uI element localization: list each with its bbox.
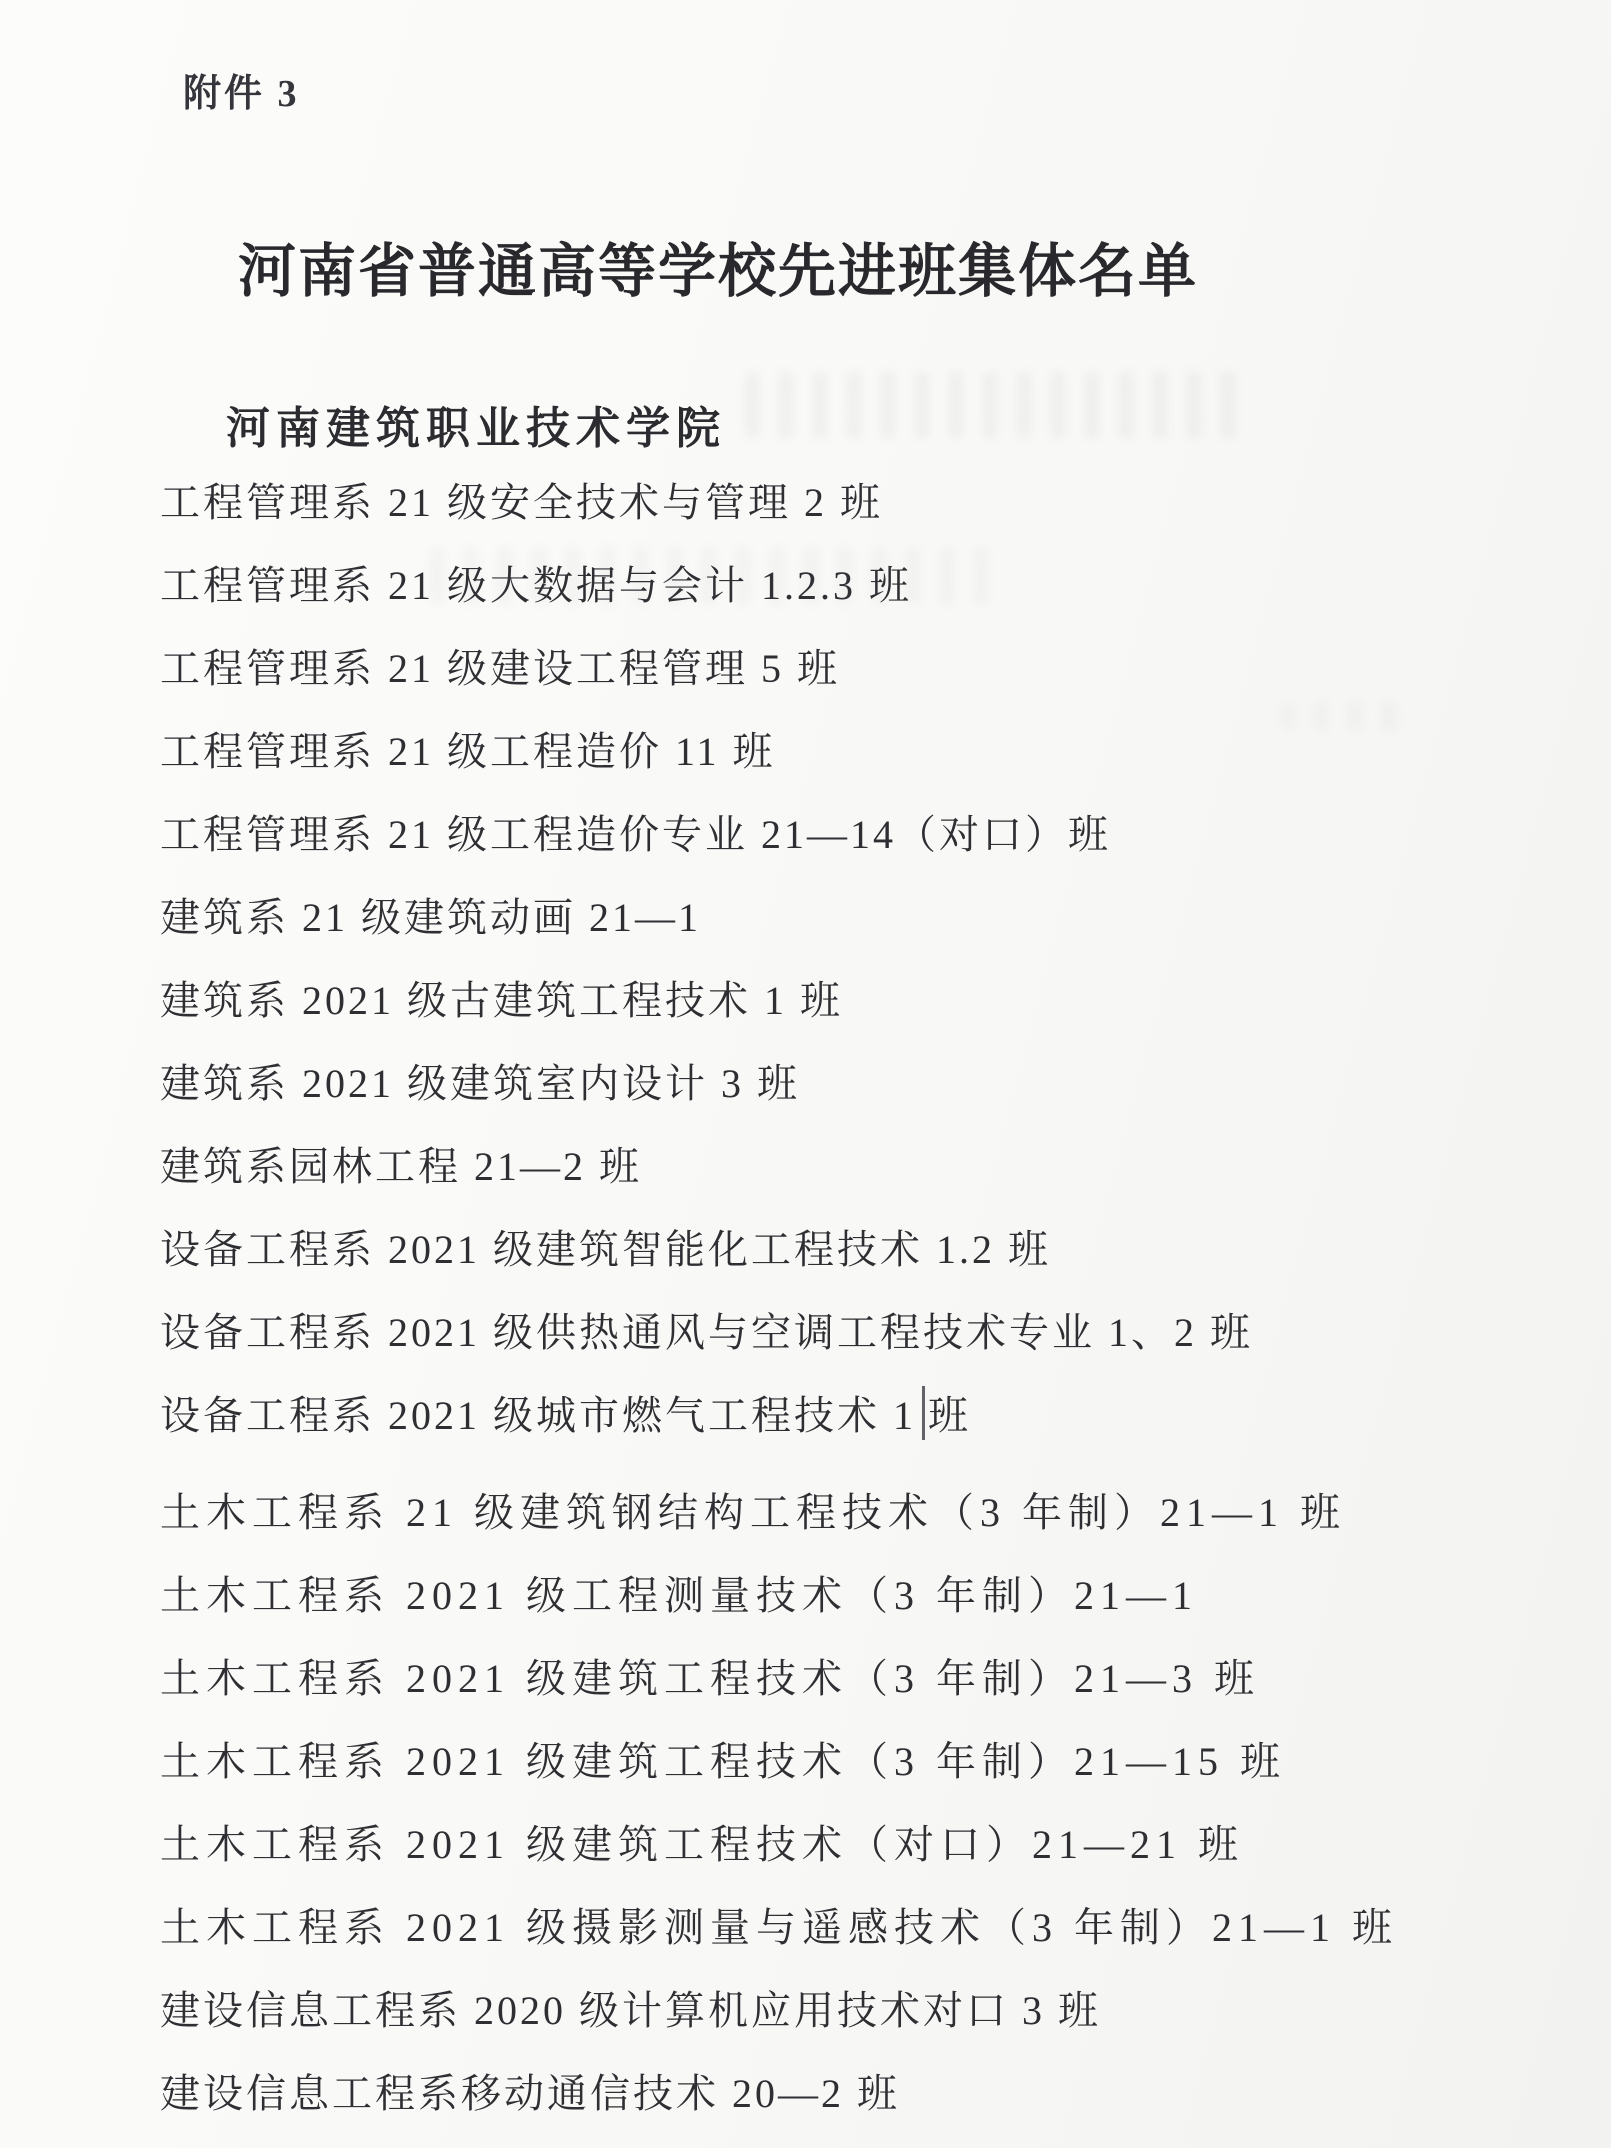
school-name-heading: 河南建筑职业技术学院: [226, 392, 726, 456]
list-item: 设备工程系 2021 级城市燃气工程技术 1 班: [160, 1371, 1600, 1454]
list-item: 设备工程系 2021 级供热通风与空调工程技术专业 1、2 班: [160, 1288, 1600, 1371]
list-item-text: 设备工程系 2021 级供热通风与空调工程技术专业 1、2 班: [160, 1301, 1253, 1358]
list-item: 建筑系 2021 级古建筑工程技术 1 班: [160, 956, 1600, 1039]
list-item-text: 工程管理系 21 级建设工程管理 5 班: [160, 637, 840, 694]
class-list: 工程管理系 21 级安全技术与管理 2 班 工程管理系 21 级大数据与会计 1…: [160, 458, 1600, 2132]
attachment-label: 附件 3: [183, 62, 300, 117]
list-item: 工程管理系 21 级工程造价 11 班: [160, 707, 1600, 790]
list-item-text: 建筑系 2021 级古建筑工程技术 1 班: [160, 969, 843, 1026]
scan-smudge: [745, 372, 1245, 438]
list-item: 工程管理系 21 级工程造价专业 21—14（对口）班: [160, 790, 1600, 873]
list-item-text: 建筑系 21 级建筑动画 21—1: [160, 886, 701, 943]
list-item-text: 建筑系园林工程 21—2 班: [160, 1135, 642, 1192]
list-item: 工程管理系 21 级建设工程管理 5 班: [160, 624, 1600, 707]
list-item-text: 土木工程系 2021 级建筑工程技术（对口）21—21 班: [160, 1813, 1244, 1870]
list-item: 土木工程系 2021 级工程测量技术（3 年制）21—1: [160, 1551, 1600, 1634]
list-item: 工程管理系 21 级大数据与会计 1.2.3 班: [160, 541, 1600, 624]
list-item-text: 工程管理系 21 级工程造价专业 21—14（对口）班: [160, 803, 1111, 860]
list-item-text: 建设信息工程系 2020 级计算机应用技术对口 3 班: [160, 1979, 1101, 2036]
list-item: 建筑系 21 级建筑动画 21—1: [160, 873, 1600, 956]
list-item: 建设信息工程系移动通信技术 20—2 班: [160, 2049, 1600, 2132]
list-item-text: 建筑系 2021 级建筑室内设计 3 班: [160, 1052, 800, 1109]
list-item: 设备工程系 2021 级建筑智能化工程技术 1.2 班: [160, 1205, 1600, 1288]
list-item-text: 工程管理系 21 级工程造价 11 班: [160, 720, 776, 777]
list-item-text: 设备工程系 2021 级城市燃气工程技术 1: [160, 1384, 916, 1441]
list-item: 土木工程系 2021 级摄影测量与遥感技术（3 年制）21—1 班: [160, 1883, 1600, 1966]
list-item-text: 土木工程系 2021 级建筑工程技术（3 年制）21—15 班: [160, 1730, 1286, 1787]
list-item-text: 工程管理系 21 级大数据与会计 1.2.3 班: [160, 554, 912, 611]
list-item-text: 建设信息工程系移动通信技术 20—2 班: [160, 2062, 900, 2119]
list-item-text: 土木工程系 2021 级摄影测量与遥感技术（3 年制）21—1 班: [160, 1896, 1398, 1953]
list-item-text: 班: [928, 1384, 971, 1441]
list-item-text: 工程管理系 21 级安全技术与管理 2 班: [160, 471, 883, 528]
list-item: 工程管理系 21 级安全技术与管理 2 班: [160, 458, 1600, 541]
page-title: 河南省普通高等学校先进班集体名单: [238, 224, 1198, 308]
document-page: 附件 3 河南省普通高等学校先进班集体名单 河南建筑职业技术学院 工程管理系 2…: [0, 0, 1611, 2148]
list-item-text: 土木工程系 2021 级建筑工程技术（3 年制）21—3 班: [160, 1647, 1260, 1704]
list-item: 建筑系 2021 级建筑室内设计 3 班: [160, 1039, 1600, 1122]
list-item-text: 土木工程系 2021 级工程测量技术（3 年制）21—1: [160, 1564, 1198, 1621]
scan-artifact-line: [922, 1386, 925, 1440]
list-item: 土木工程系 2021 级建筑工程技术（3 年制）21—3 班: [160, 1634, 1600, 1717]
list-item: 建设信息工程系 2020 级计算机应用技术对口 3 班: [160, 1966, 1600, 2049]
list-item: 建筑系园林工程 21—2 班: [160, 1122, 1600, 1205]
list-item: 土木工程系 2021 级建筑工程技术（3 年制）21—15 班: [160, 1717, 1600, 1800]
list-item: 土木工程系 2021 级建筑工程技术（对口）21—21 班: [160, 1800, 1600, 1883]
list-item-text: 土木工程系 21 级建筑钢结构工程技术（3 年制）21—1 班: [160, 1481, 1346, 1538]
list-item-text: 设备工程系 2021 级建筑智能化工程技术 1.2 班: [160, 1218, 1051, 1275]
list-item: 土木工程系 21 级建筑钢结构工程技术（3 年制）21—1 班: [160, 1468, 1600, 1551]
